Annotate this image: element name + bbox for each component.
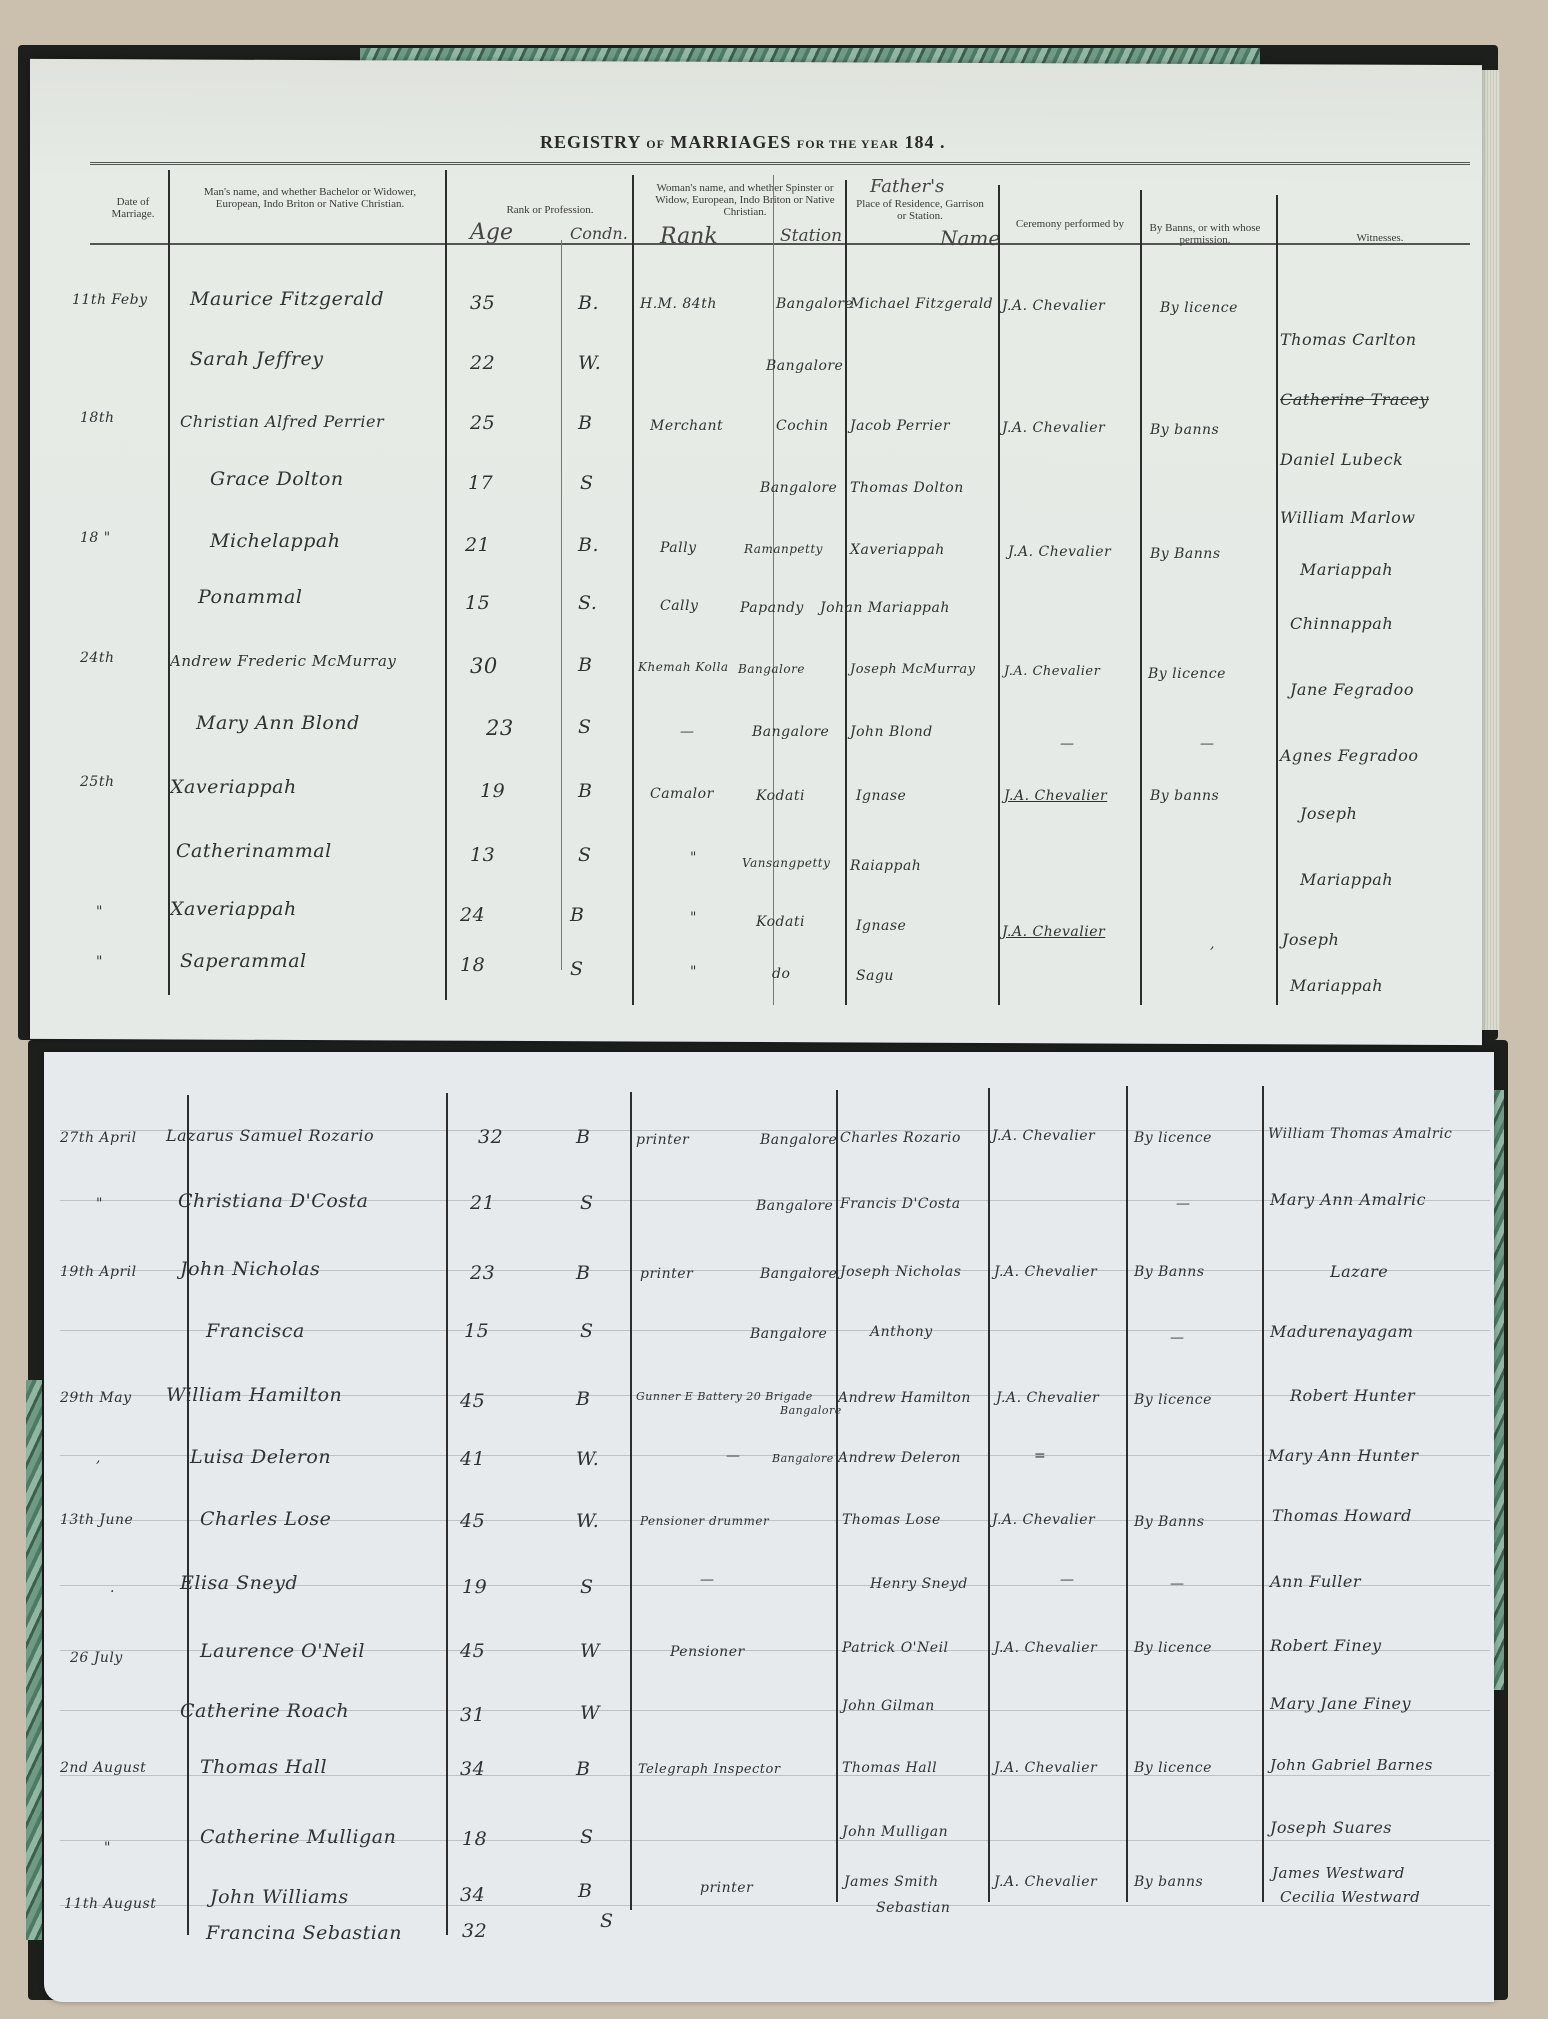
cell-witness: Thomas Carlton bbox=[1280, 330, 1417, 349]
cell-rank: Cally bbox=[660, 598, 698, 614]
cell-date: " bbox=[96, 904, 103, 920]
cell-father: Michael Fitzgerald bbox=[850, 296, 993, 312]
cell-father: Raiappah bbox=[850, 858, 921, 874]
cell-name: Catherine Roach bbox=[180, 1700, 349, 1722]
cell-rank: Pensioner drummer bbox=[640, 1514, 769, 1528]
cell-condition: B bbox=[576, 1388, 590, 1410]
cell-date: 27th April bbox=[60, 1130, 137, 1146]
col-header-witnesses: Witnesses. bbox=[1300, 232, 1460, 244]
cell-date: 19th April bbox=[60, 1264, 137, 1280]
cell-father: Henry Sneyd bbox=[870, 1576, 968, 1592]
cell-condition: S bbox=[578, 844, 592, 866]
cell-station: Bangalore bbox=[766, 358, 843, 374]
col-header-rank: Rank or Profession. bbox=[470, 204, 630, 216]
col-header-woman: Woman's name, and whether Spinster or Wi… bbox=[640, 182, 850, 218]
cell-witness: Robert Finey bbox=[1270, 1636, 1382, 1655]
cell-age: 21 bbox=[465, 534, 490, 556]
cell-station: Bangalore bbox=[776, 296, 853, 312]
page-stack-edge bbox=[1482, 70, 1500, 1030]
col-rule bbox=[1262, 1086, 1264, 1902]
cell-banns: — bbox=[1170, 1576, 1185, 1592]
cell-witness: Mary Jane Finey bbox=[1270, 1694, 1411, 1713]
cell-name: Ponammal bbox=[198, 586, 302, 608]
cell-name: Andrew Frederic McMurray bbox=[170, 652, 396, 670]
cell-father: Joseph Nicholas bbox=[840, 1264, 961, 1280]
cell-date: 2nd August bbox=[60, 1760, 146, 1776]
cell-date: 11th August bbox=[64, 1896, 156, 1912]
cell-age: 13 bbox=[470, 844, 495, 866]
cell-age: 32 bbox=[462, 1920, 487, 1942]
col-rule bbox=[446, 1093, 448, 1935]
cell-rank: — bbox=[700, 1572, 715, 1588]
cell-name: William Hamilton bbox=[166, 1384, 342, 1406]
cell-age: 45 bbox=[460, 1390, 485, 1412]
cell-station: Bangalore bbox=[750, 1326, 827, 1342]
cell-condition: B bbox=[576, 1126, 590, 1148]
col-rule bbox=[1126, 1086, 1128, 1902]
cell-witness: Catherine Tracey bbox=[1280, 390, 1429, 409]
cell-ceremony: J.A. Chevalier bbox=[992, 1512, 1095, 1528]
cell-ceremony: — bbox=[1060, 736, 1075, 752]
cell-name: Mary Ann Blond bbox=[196, 712, 360, 734]
cell-condition: S bbox=[600, 1910, 614, 1932]
cell-banns: By banns bbox=[1134, 1874, 1203, 1890]
cell-date: 18th bbox=[80, 410, 114, 426]
cell-father: Thomas Hall bbox=[842, 1760, 937, 1776]
cell-father: Sebastian bbox=[876, 1900, 950, 1916]
cell-witness: Thomas Howard bbox=[1272, 1506, 1412, 1525]
cell-rank: Merchant bbox=[650, 418, 723, 434]
cell-father: Johan Mariappah bbox=[820, 600, 950, 616]
col-rule bbox=[187, 1095, 189, 1935]
cell-witness: James Westward bbox=[1272, 1864, 1405, 1882]
cell-age: 18 bbox=[460, 954, 485, 976]
cell-witness: Ann Fuller bbox=[1270, 1572, 1361, 1591]
cell-banns: By licence bbox=[1134, 1130, 1212, 1146]
hw-header-fathers: Father's bbox=[870, 176, 944, 197]
col-header-date: Date of Marriage. bbox=[98, 196, 168, 220]
cell-rank: H.M. 84th bbox=[640, 296, 717, 312]
col-rule bbox=[988, 1088, 990, 1902]
cell-name: Laurence O'Neil bbox=[200, 1640, 365, 1662]
cell-name: John Nicholas bbox=[180, 1258, 320, 1280]
col-rule bbox=[168, 170, 170, 995]
cell-banns: By banns bbox=[1150, 788, 1219, 804]
cell-name: Christiana D'Costa bbox=[178, 1190, 368, 1212]
title-for-year: FOR THE YEAR bbox=[797, 137, 899, 151]
cell-father: Thomas Lose bbox=[842, 1512, 941, 1528]
cell-condition: B bbox=[578, 780, 592, 802]
cell-father: Francis D'Costa bbox=[840, 1196, 961, 1212]
cell-name: Xaveriappah bbox=[170, 776, 297, 798]
cell-age: 19 bbox=[462, 1576, 487, 1598]
cell-station: Kodati bbox=[756, 914, 805, 930]
cell-age: 19 bbox=[480, 780, 505, 802]
cell-banns: By Banns bbox=[1134, 1264, 1205, 1280]
cell-condition: S bbox=[578, 716, 592, 738]
hw-header-station: Station bbox=[780, 226, 842, 246]
col-rule bbox=[998, 185, 1000, 1005]
cell-witness: Mariappah bbox=[1300, 870, 1393, 889]
cell-ceremony: — bbox=[1060, 1572, 1075, 1588]
cell-age: 34 bbox=[460, 1884, 485, 1906]
cell-banns: , bbox=[1210, 936, 1215, 952]
cell-age: 15 bbox=[464, 1320, 489, 1342]
cell-name: Elisa Sneyd bbox=[180, 1572, 298, 1594]
cell-rank: " bbox=[690, 910, 697, 926]
cell-witness: Robert Hunter bbox=[1290, 1386, 1415, 1405]
cell-date: . bbox=[110, 1580, 115, 1596]
cell-ceremony: J.A. Chevalier bbox=[1004, 664, 1100, 679]
cell-father: Patrick O'Neil bbox=[842, 1640, 949, 1656]
cell-name: Catherinammal bbox=[176, 840, 332, 862]
cell-age: 24 bbox=[460, 904, 485, 926]
hw-header-name: Name bbox=[940, 226, 1000, 250]
cell-date: 18 " bbox=[80, 530, 111, 546]
cell-rank: " bbox=[690, 850, 697, 866]
cell-name: Charles Lose bbox=[200, 1508, 331, 1530]
cell-age: 31 bbox=[460, 1704, 485, 1726]
cell-age: 17 bbox=[468, 472, 493, 494]
cell-age: 35 bbox=[470, 292, 495, 314]
col-rule bbox=[561, 240, 562, 970]
cell-father: James Smith bbox=[844, 1874, 939, 1890]
cell-name: Xaveriappah bbox=[170, 898, 297, 920]
cell-condition: W. bbox=[578, 352, 601, 374]
cell-witness: Mariappah bbox=[1300, 560, 1393, 579]
cell-ceremony: J.A. Chevalier bbox=[992, 1128, 1095, 1144]
cell-banns: By licence bbox=[1160, 300, 1238, 316]
cell-banns: By licence bbox=[1134, 1392, 1212, 1408]
cell-father: John Blond bbox=[850, 724, 933, 740]
cell-ceremony: J.A. Chevalier bbox=[994, 1874, 1097, 1890]
cell-name: Catherine Mulligan bbox=[200, 1826, 396, 1848]
cell-condition: B bbox=[576, 1262, 590, 1284]
cell-condition: W. bbox=[576, 1448, 599, 1470]
cell-condition: B bbox=[576, 1758, 590, 1780]
cell-condition: S bbox=[580, 1576, 594, 1598]
cell-condition: W bbox=[580, 1640, 600, 1662]
cell-station: Cochin bbox=[776, 418, 829, 434]
cell-date: 25th bbox=[80, 774, 114, 790]
col-rule bbox=[445, 170, 447, 1000]
cell-station: Papandy bbox=[740, 600, 804, 616]
cell-ceremony: J.A. Chevalier bbox=[996, 1390, 1099, 1406]
cell-witness: Madurenayagam bbox=[1270, 1322, 1413, 1341]
cell-ceremony: J.A. Chevalier bbox=[1008, 544, 1111, 560]
cell-condition: B bbox=[578, 1880, 592, 1902]
cell-age: 34 bbox=[460, 1758, 485, 1780]
cell-witness: Mary Ann Hunter bbox=[1268, 1446, 1419, 1465]
cell-condition: B. bbox=[578, 292, 599, 314]
cell-witness: Mary Ann Amalric bbox=[1270, 1190, 1426, 1209]
cell-father: Charles Rozario bbox=[840, 1130, 961, 1146]
header-top-rule bbox=[90, 162, 1470, 169]
cell-rank: printer bbox=[636, 1132, 689, 1148]
cell-station: Kodati bbox=[756, 788, 805, 804]
col-header-residence: Place of Residence, Garrison or Station. bbox=[855, 198, 985, 222]
cell-rank: Khemah Kolla bbox=[638, 660, 729, 674]
cell-station: Bangalore bbox=[760, 480, 837, 496]
cell-station: Bangalore bbox=[780, 1404, 842, 1417]
cell-witness: Joseph Suares bbox=[1270, 1818, 1392, 1837]
cell-name: Lazarus Samuel Rozario bbox=[166, 1126, 374, 1145]
cell-date: 29th May bbox=[60, 1390, 132, 1406]
col-rule bbox=[1140, 190, 1142, 1005]
cell-date: 24th bbox=[80, 650, 114, 666]
cell-name: Saperammal bbox=[180, 950, 307, 972]
hw-header-condition: Condn. bbox=[570, 224, 628, 243]
cell-date: " bbox=[96, 1196, 103, 1212]
cell-father: Thomas Dolton bbox=[850, 480, 964, 496]
cell-age: 41 bbox=[460, 1448, 485, 1470]
cell-witness: Chinnappah bbox=[1290, 614, 1393, 633]
cell-name: Maurice Fitzgerald bbox=[190, 288, 384, 310]
cell-rank: Camalor bbox=[650, 786, 714, 802]
cell-age: 23 bbox=[470, 1262, 495, 1284]
cell-age: 21 bbox=[470, 1192, 495, 1214]
cell-banns: By Banns bbox=[1134, 1514, 1205, 1530]
cell-witness: Jane Fegradoo bbox=[1290, 680, 1414, 699]
cell-station: do bbox=[772, 966, 790, 982]
cell-banns: By licence bbox=[1134, 1640, 1212, 1656]
cell-name: Christian Alfred Perrier bbox=[180, 412, 384, 431]
cell-age: 45 bbox=[460, 1510, 485, 1532]
cell-father: Andrew Hamilton bbox=[838, 1390, 971, 1406]
cell-name: Thomas Hall bbox=[200, 1756, 327, 1778]
cell-banns: By banns bbox=[1150, 422, 1219, 438]
col-header-man: Man's name, and whether Bachelor or Wido… bbox=[190, 186, 430, 210]
cell-condition: W bbox=[580, 1702, 600, 1724]
cell-name: Sarah Jeffrey bbox=[190, 348, 324, 370]
cell-condition: S. bbox=[578, 592, 597, 614]
col-header-ceremony: Ceremony performed by bbox=[1010, 218, 1130, 230]
cell-date: 11th Feby bbox=[72, 292, 148, 308]
cell-ceremony: J.A. Chevalier bbox=[1002, 924, 1105, 940]
cell-condition: W. bbox=[576, 1510, 599, 1532]
cell-ceremony: J.A. Chevalier bbox=[1002, 298, 1105, 314]
cell-father: Anthony bbox=[870, 1324, 933, 1340]
cell-rank: — bbox=[726, 1448, 741, 1464]
cell-father: Xaveriappah bbox=[850, 542, 945, 558]
cell-father: John Mulligan bbox=[842, 1824, 948, 1840]
cell-ceremony: J.A. Chevalier bbox=[994, 1640, 1097, 1656]
cell-name: Luisa Deleron bbox=[190, 1446, 331, 1468]
cell-banns: — bbox=[1176, 1196, 1191, 1212]
cell-ceremony: J.A. Chevalier bbox=[994, 1760, 1097, 1776]
cell-condition: S bbox=[580, 472, 594, 494]
cell-station: Bangalore bbox=[772, 1452, 834, 1465]
title-of: OF bbox=[646, 137, 665, 151]
cell-witness: John Gabriel Barnes bbox=[1270, 1756, 1433, 1774]
cell-ceremony: J.A. Chevalier bbox=[994, 1264, 1097, 1280]
cell-father: John Gilman bbox=[842, 1698, 935, 1714]
cell-station: Bangalore bbox=[760, 1132, 837, 1148]
cell-father: Sagu bbox=[856, 968, 894, 984]
cell-station: Bangalore bbox=[738, 662, 805, 676]
cell-condition: B bbox=[578, 654, 592, 676]
cell-date: 13th June bbox=[60, 1512, 133, 1528]
title-registry: REGISTRY bbox=[540, 132, 641, 152]
col-rule bbox=[630, 1092, 632, 1910]
cell-age: 32 bbox=[478, 1126, 503, 1148]
cell-rank: printer bbox=[640, 1266, 693, 1282]
cell-station: Bangalore bbox=[752, 724, 829, 740]
cell-name: Michelappah bbox=[210, 530, 340, 552]
col-rule bbox=[1276, 195, 1278, 1005]
cell-condition: S bbox=[580, 1320, 594, 1342]
cell-station: Ramanpetty bbox=[744, 542, 823, 556]
cell-rank: — bbox=[680, 724, 695, 740]
page-title: REGISTRY OF MARRIAGES FOR THE YEAR 184 . bbox=[540, 132, 945, 153]
cell-date: , bbox=[96, 1450, 101, 1466]
cell-father: Andrew Deleron bbox=[838, 1450, 961, 1466]
cell-banns: By licence bbox=[1148, 666, 1226, 682]
hw-header-rank: Rank bbox=[660, 224, 718, 249]
cell-father: Jacob Perrier bbox=[850, 418, 950, 434]
cell-father: Ignase bbox=[856, 918, 906, 934]
col-header-banns: By Banns, or with whose permission. bbox=[1145, 222, 1265, 246]
marbled-edge-left bbox=[26, 1380, 42, 1940]
cell-condition: B. bbox=[578, 534, 599, 556]
cell-condition: S bbox=[570, 958, 584, 980]
cell-station: Bangalore bbox=[760, 1266, 837, 1282]
cell-father: Ignase bbox=[856, 788, 906, 804]
cell-age: 18 bbox=[462, 1828, 487, 1850]
cell-banns: — bbox=[1170, 1330, 1185, 1346]
col-rule bbox=[773, 175, 774, 1005]
col-rule bbox=[632, 175, 634, 1005]
cell-banns: By Banns bbox=[1150, 546, 1221, 562]
cell-rank: Telegraph Inspector bbox=[638, 1762, 781, 1777]
title-marriages: MARRIAGES bbox=[670, 132, 791, 152]
cell-station: Bangalore bbox=[756, 1198, 833, 1214]
cell-name: Grace Dolton bbox=[210, 468, 344, 490]
cell-date: 26 July bbox=[70, 1650, 123, 1666]
cell-witness: Joseph bbox=[1282, 930, 1339, 949]
col-rule bbox=[836, 1090, 838, 1902]
title-year: 184 . bbox=[904, 132, 945, 152]
cell-condition: B bbox=[578, 412, 592, 434]
cell-ceremony: J.A. Chevalier bbox=[1002, 420, 1105, 436]
cell-witness: Mariappah bbox=[1290, 976, 1383, 995]
cell-age: 22 bbox=[470, 352, 495, 374]
cell-condition: B bbox=[570, 904, 584, 926]
cell-witness: Cecilia Westward bbox=[1280, 1888, 1420, 1906]
cell-condition: S bbox=[580, 1192, 594, 1214]
cell-ceremony: J.A. Chevalier bbox=[1004, 788, 1107, 804]
cell-father: Joseph McMurray bbox=[850, 662, 976, 677]
cell-age: 23 bbox=[486, 716, 514, 740]
cell-rank: Pensioner bbox=[670, 1644, 745, 1660]
cell-witness: William Marlow bbox=[1280, 508, 1415, 527]
cell-date: " bbox=[96, 954, 103, 970]
cell-rank: printer bbox=[700, 1880, 753, 1896]
cell-ceremony: = bbox=[1034, 1448, 1046, 1464]
cell-banns: — bbox=[1200, 736, 1215, 752]
cell-name: Francisca bbox=[206, 1320, 305, 1342]
hw-header-age: Age bbox=[470, 220, 513, 245]
cell-witness: Joseph bbox=[1300, 804, 1357, 823]
cell-age: 15 bbox=[465, 592, 490, 614]
cell-station: Vansangpetty bbox=[742, 856, 830, 870]
cell-rank: Pally bbox=[660, 540, 697, 556]
cell-condition: S bbox=[580, 1826, 594, 1848]
cell-rank: " bbox=[690, 964, 697, 980]
cell-witness: Agnes Fegradoo bbox=[1280, 746, 1419, 765]
cell-rank: Gunner E Battery 20 Brigade bbox=[636, 1390, 813, 1403]
cell-witness: William Thomas Amalric bbox=[1268, 1126, 1452, 1142]
cell-name: John Williams bbox=[210, 1886, 349, 1908]
cell-witness: Daniel Lubeck bbox=[1280, 450, 1403, 469]
cell-age: 45 bbox=[460, 1640, 485, 1662]
cell-age: 25 bbox=[470, 412, 495, 434]
cell-age: 30 bbox=[470, 654, 498, 678]
cell-name: Francina Sebastian bbox=[206, 1922, 402, 1944]
cell-date: " bbox=[104, 1840, 111, 1856]
cell-banns: By licence bbox=[1134, 1760, 1212, 1776]
cell-witness: Lazare bbox=[1330, 1262, 1388, 1281]
